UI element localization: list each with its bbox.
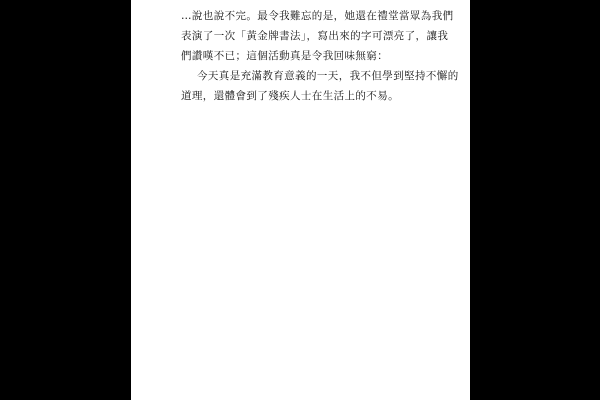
paragraph-1: …說也說不完。最令我難忘的是，她還在禮堂當眾為我們 表演了一次「黃金牌書法」，寫… (181, 6, 421, 66)
text-line: …說也說不完。最令我難忘的是，她還在禮堂當眾為我們 (181, 6, 421, 26)
text-line: 表演了一次「黃金牌書法」，寫出來的字可漂亮了，讓我 (181, 26, 421, 46)
document-viewer: …說也說不完。最令我難忘的是，她還在禮堂當眾為我們 表演了一次「黃金牌書法」，寫… (0, 0, 600, 400)
text-line: 道理，還體會到了殘疾人士在生活上的不易。 (181, 86, 421, 106)
paragraph-2: 今天真是充滿教育意義的一天，我不但學到堅持不懈的 道理，還體會到了殘疾人士在生活… (181, 66, 421, 106)
text-line: 今天真是充滿教育意義的一天，我不但學到堅持不懈的 (181, 66, 421, 86)
page-text: …說也說不完。最令我難忘的是，她還在禮堂當眾為我們 表演了一次「黃金牌書法」，寫… (181, 6, 421, 106)
document-page: …說也說不完。最令我難忘的是，她還在禮堂當眾為我們 表演了一次「黃金牌書法」，寫… (131, 0, 470, 400)
text-line: 們讚嘆不已；這個活動真是令我回味無窮： (181, 46, 421, 66)
